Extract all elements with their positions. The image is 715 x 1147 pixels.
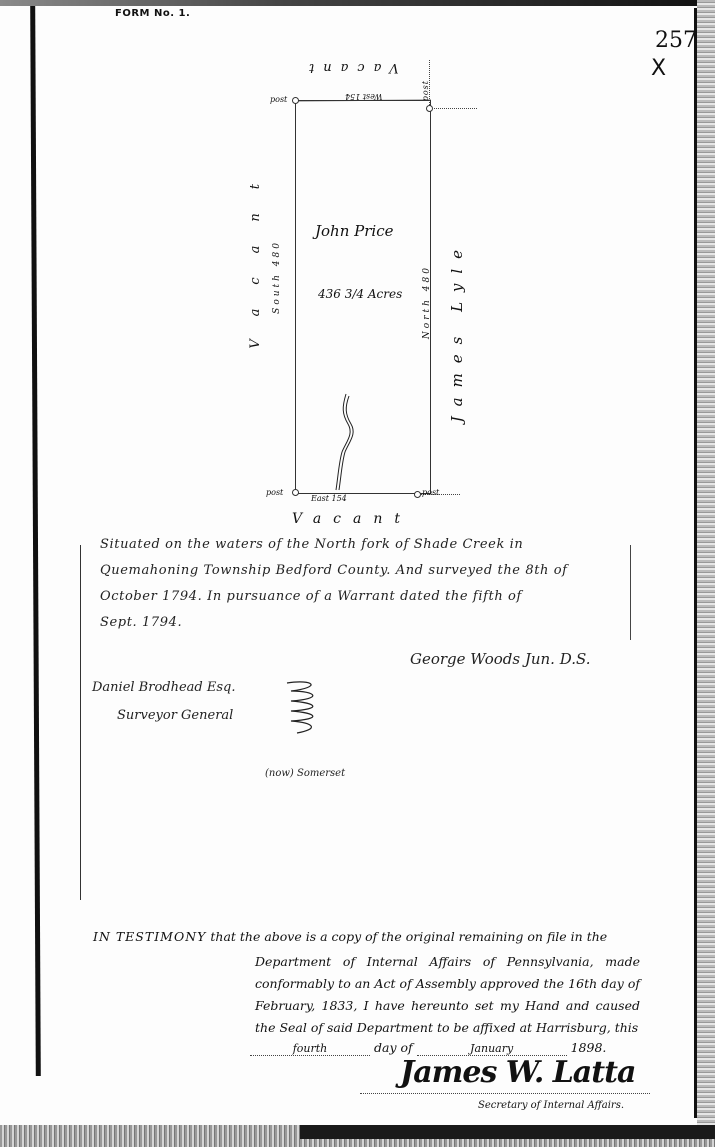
testimony-lead: IN TESTIMONY [93,929,206,944]
page-left-margin-rule [30,6,41,1076]
adjoiner-east: James Lyle [448,240,466,422]
stream-line-icon [330,392,360,492]
boundary-west-label: South 480 [272,240,282,314]
corner-se-label: post [422,488,439,497]
scan-bottom-edge [0,1125,715,1147]
description-line: Quemahoning Township Bedford County. And… [100,558,635,584]
testimony-first-line-text: that the above is a copy of the original… [206,929,607,944]
secretary-signature: James W. Latta [400,1055,635,1090]
description-line: Sept. 1794. [100,610,635,636]
survey-description: Situated on the waters of the North fork… [100,532,635,636]
deputy-surveyor-signature: George Woods Jun. D.S. [410,650,590,668]
signature-flourish-icon [283,677,323,737]
certification-body: Department of Internal Affairs of Pennsy… [255,951,640,1039]
boundary-east-label: North 480 [422,265,432,339]
page-check-mark: X [651,56,666,81]
corner-post-sw [292,489,299,496]
description-line: October 1794. In pursuance of a Warrant … [100,584,635,610]
corner-post-nw [292,97,299,104]
adjoiner-west: Vacant [248,160,263,349]
corner-sw-label: post [266,488,283,497]
adjoiner-south: Vacant [292,511,412,527]
tract-acreage: 436 3/4 Acres [318,287,402,301]
signer-title: Secretary of Internal Affairs. [478,1100,624,1111]
boundary-extension-ne [432,108,477,109]
form-number: FORM No. 1. [115,8,190,19]
description-line: Situated on the waters of the North fork… [100,532,635,558]
surveyor-general-name: Daniel Brodhead Esq. [92,680,236,695]
tract-owner: John Price [315,222,393,240]
certification-date-line: fourth day of January 1898. [250,1040,650,1056]
page-right-rule [694,8,697,1118]
boundary-south-label: East 154 [311,494,347,503]
boundary-extension-n [429,60,430,105]
surveyor-general-title: Surveyor General [117,708,233,723]
month-value: January [417,1042,567,1056]
adjoiner-north: Vacant [300,60,399,75]
scan-top-edge [0,0,715,6]
page-number: 257 [655,28,697,53]
signature-rule [360,1093,650,1094]
day-value: fourth [250,1042,370,1056]
year-value: 1898. [571,1040,607,1055]
corner-nw-label: post [270,95,287,104]
certification-first-line: IN TESTIMONY that the above is a copy of… [93,929,607,944]
county-note: (now) Somerset [265,768,345,779]
scan-right-edge [697,0,715,1147]
day-of-label: day of [374,1040,413,1055]
